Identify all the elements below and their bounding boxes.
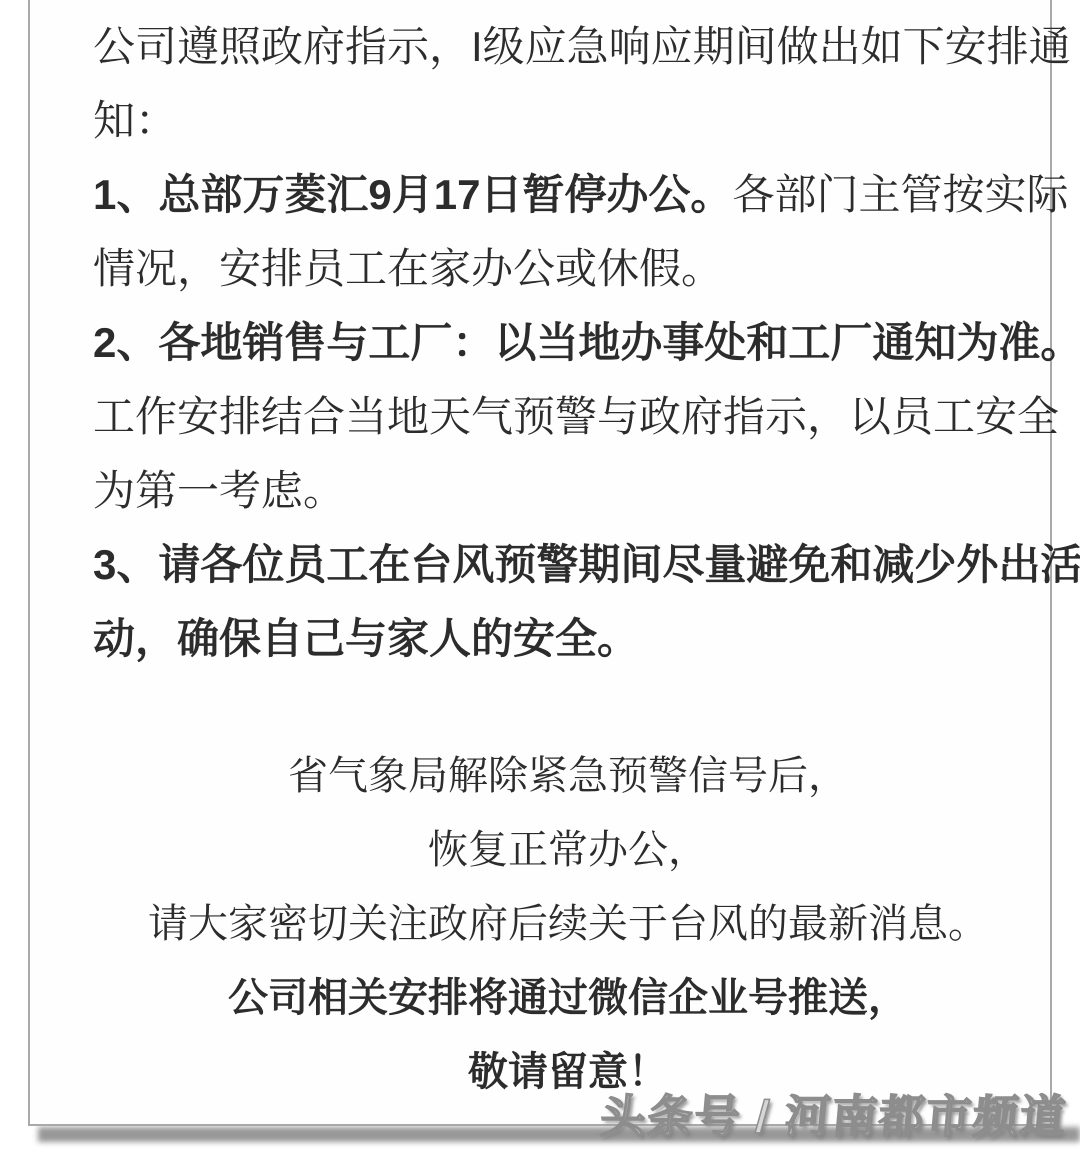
closing-line-3: 请大家密切关注政府后续关于台风的最新消息。 [93,887,1043,961]
item2-line-2: 工作安排结合当地天气预警与政府指示，以员工安全 [93,380,1043,454]
notice-body: 公司遵照政府指示，I级应急响应期间做出如下安排通 知： 1、总部万菱汇9月17日… [93,10,1043,1109]
item2-line-3: 为第一考虑。 [93,454,1043,528]
notice-card: 公司遵照政府指示，I级应急响应期间做出如下安排通 知： 1、总部万菱汇9月17日… [28,0,1052,1126]
closing-line-2: 恢复正常办公， [93,813,1043,887]
closing-block: 省气象局解除紧急预警信号后， 恢复正常办公， 请大家密切关注政府后续关于台风的最… [93,739,1043,1109]
item3-line-2: 动，确保自己与家人的安全。 [93,602,1043,676]
page-background: 公司遵照政府指示，I级应急响应期间做出如下安排通 知： 1、总部万菱汇9月17日… [0,0,1080,1153]
closing-line-1: 省气象局解除紧急预警信号后， [93,739,1043,813]
channel-watermark: 头条号 / 河南都市频道 [599,1080,1071,1145]
item2-line-1: 2、各地销售与工厂：以当地办事处和工厂通知为准。 [93,306,1043,380]
intro-line-1: 公司遵照政府指示，I级应急响应期间做出如下安排通 [93,10,1043,84]
item1-line-1: 1、总部万菱汇9月17日暂停办公。各部门主管按实际 [93,158,1043,232]
item1-regular-text: 各部门主管按实际 [732,171,1068,218]
paragraph-gap [93,676,1043,739]
intro-line-2: 知： [93,84,1043,158]
closing-line-4: 公司相关安排将通过微信企业号推送， [93,961,1043,1035]
item3-line-1: 3、请各位员工在台风预警期间尽量避免和减少外出活 [93,528,1043,602]
item1-line-2: 情况，安排员工在家办公或休假。 [93,232,1043,306]
item1-bold-text: 1、总部万菱汇9月17日暂停办公。 [93,171,732,218]
